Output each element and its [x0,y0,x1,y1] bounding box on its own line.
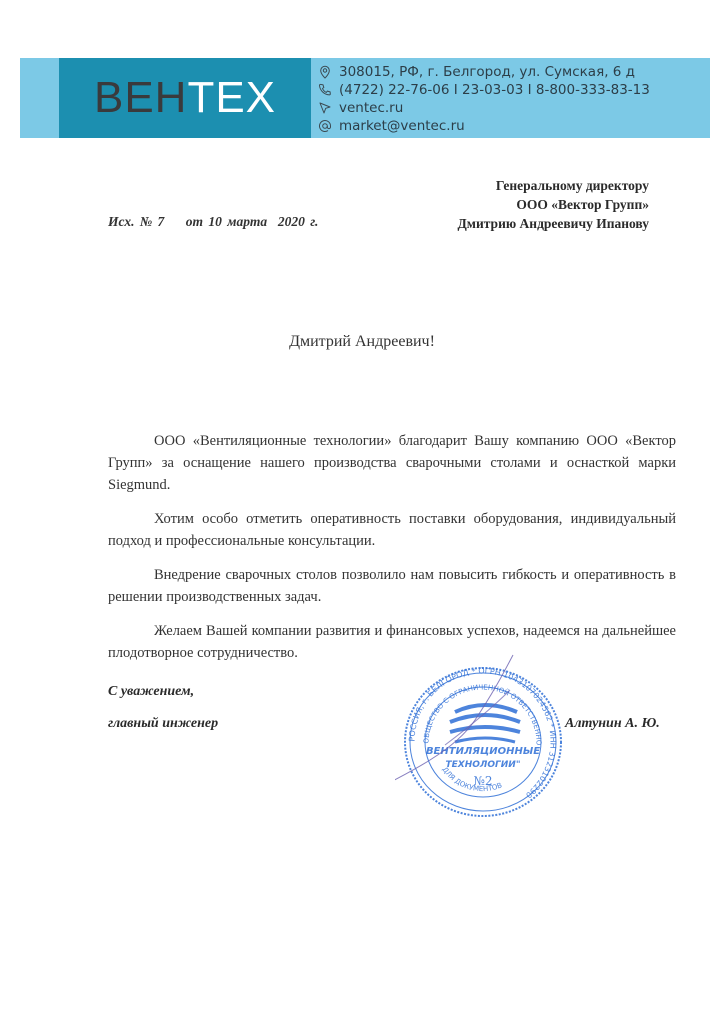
signer-position: главный инженер [108,716,218,748]
website-link[interactable]: ventec.ru [339,100,403,116]
phone-icon [318,83,332,97]
recipient-block: Генеральному директору ООО «Вектор Групп… [458,176,650,233]
regards-text: С уважением, [108,684,218,716]
email-row: market@ventec.ru [318,117,650,135]
recipient-title: Генеральному директору [458,176,650,195]
cursor-icon [318,101,332,115]
body-paragraph: ООО «Вентиляционные технологии» благодар… [108,430,676,496]
logo-text-light: ТЕХ [187,73,276,122]
at-sign-icon [318,119,332,133]
body-paragraph: Желаем Вашей компании развития и финансо… [108,620,676,664]
outgoing-reference: Исх. № 7 от 10 марта 2020 г. [108,214,318,230]
recipient-company: ООО «Вектор Групп» [458,195,650,214]
phone-row: (4722) 22-76-06 І 23-03-03 І 8-800-333-8… [318,81,650,99]
company-logo: ВЕНТЕХ [59,58,311,138]
recipient-name: Дмитрию Андреевичу Ипанову [458,214,650,233]
stamp-number: №2 [474,774,493,788]
email-link[interactable]: market@ventec.ru [339,118,465,134]
closing-block: С уважением, главный инженер [108,684,218,748]
body-paragraph: Внедрение сварочных столов позволило нам… [108,564,676,608]
company-stamp: РОССИЯ, г. БЕЛГОРОД * ОГРН 1043107024562… [395,650,570,825]
location-pin-icon [318,65,332,79]
website-row: ventec.ru [318,99,650,117]
salutation: Дмитрий Андреевич! [0,333,724,351]
stamp-company-line2: ТЕХНОЛОГИИ" [445,760,520,770]
address-text: 308015, РФ, г. Белгород, ул. Сумская, 6 … [339,64,635,80]
letter-body: ООО «Вентиляционные технологии» благодар… [108,430,676,676]
body-paragraph: Хотим особо отметить оперативность поста… [108,508,676,552]
signer-name: Алтунин А. Ю. [565,716,660,732]
contact-info: 308015, РФ, г. Белгород, ул. Сумская, 6 … [318,63,650,135]
address-row: 308015, РФ, г. Белгород, ул. Сумская, 6 … [318,63,650,81]
phone-text: (4722) 22-76-06 І 23-03-03 І 8-800-333-8… [339,82,650,98]
letterhead-banner: ВЕНТЕХ 308015, РФ, г. Белгород, ул. Сумс… [20,58,710,138]
logo-text-dark: ВЕН [94,73,187,122]
